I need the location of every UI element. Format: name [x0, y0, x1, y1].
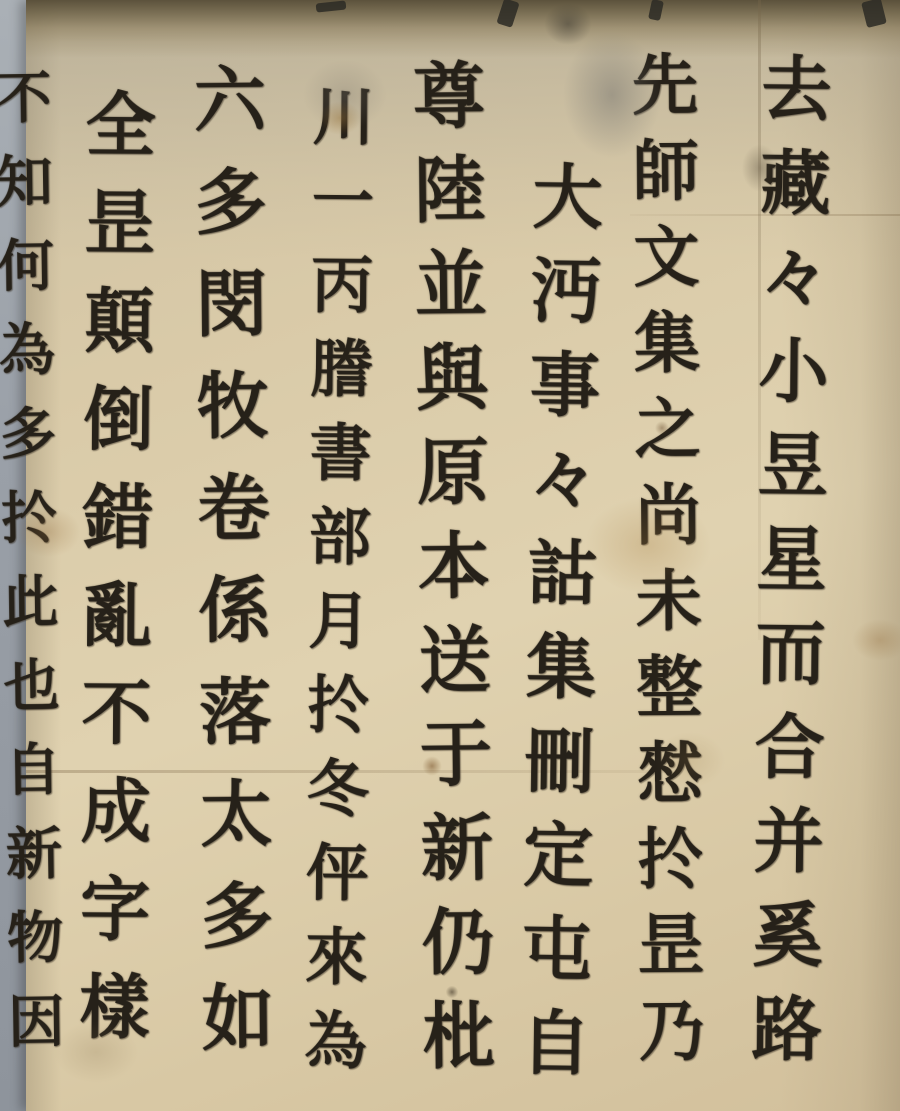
manuscript-column-6: 六多閔牧卷係落太多如: [172, 62, 285, 1083]
manuscript-column-1: 去藏々小昱星而合并奚路: [731, 51, 843, 1086]
manuscript-photo: 去藏々小昱星而合并奚路 先師文集之尚未整憖扵昰乃 大沔事々詁集刪定屯自 尊陸並與…: [0, 0, 900, 1111]
top-fold-shadow: [26, 0, 900, 58]
manuscript-column-3: 大沔事々詁集刪定屯自: [499, 159, 613, 1100]
manuscript-column-4: 尊陸並與原本送于新仍枇: [391, 57, 506, 1092]
manuscript-column-7: 全昰顛倒錯亂不成字樣: [59, 88, 167, 1069]
manuscript-column-5: 川一丙謄書部月扵冬伻來為: [286, 84, 384, 1093]
manuscript-column-2: 先師文集之尚未整憖扵昰乃: [612, 50, 714, 1083]
